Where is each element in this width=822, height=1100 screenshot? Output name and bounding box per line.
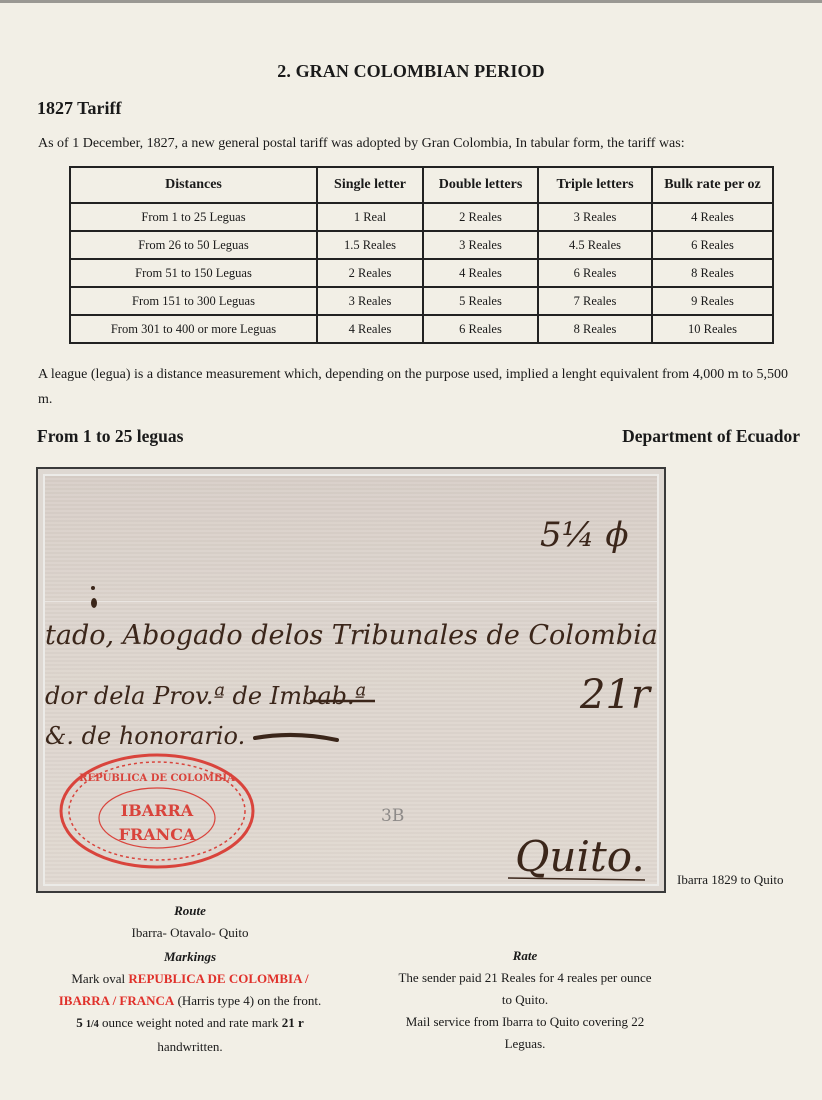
cell-single: 4 Reales — [317, 315, 423, 343]
section-title: 1827 Tariff — [37, 98, 122, 119]
intro-paragraph: As of 1 December, 1827, a new general po… — [38, 136, 685, 152]
cell-single: 3 Reales — [317, 287, 423, 315]
cell-triple: 3 Reales — [538, 203, 652, 231]
route-label: Route — [40, 900, 340, 922]
cell-distance: From 51 to 150 Leguas — [70, 259, 317, 287]
cover-letter-image: 5¼ ϕ tado, Abogado delos Tribunales de C… — [43, 474, 659, 886]
cell-distance: From 151 to 300 Leguas — [70, 287, 317, 315]
department-heading: Department of Ecuador — [622, 426, 800, 447]
cell-double: 2 Reales — [423, 203, 538, 231]
cell-double: 3 Reales — [423, 231, 538, 259]
table-row: From 51 to 150 Leguas 2 Reales 4 Reales … — [70, 259, 773, 287]
markings-prefix: Mark oval — [71, 971, 125, 986]
distance-heading: From 1 to 25 leguas — [37, 426, 183, 447]
rate-mark: 21r — [579, 672, 653, 718]
rate-line-2: to Quito. — [370, 989, 680, 1011]
markings-red-text-2: IBARRA / FRANCA — [59, 993, 175, 1008]
cell-triple: 8 Reales — [538, 315, 652, 343]
tariff-table: Distances Single letter Double letters T… — [69, 166, 774, 344]
route-block: Route Ibarra- Otavalo- Quito — [40, 900, 340, 944]
markings-weight-fraction: 1/4 — [86, 1019, 99, 1030]
cell-bulk: 8 Reales — [652, 259, 773, 287]
cell-triple: 7 Reales — [538, 287, 652, 315]
markings-harris-type: (Harris type 4) on the front. — [178, 993, 322, 1008]
cell-triple: 4.5 Reales — [538, 231, 652, 259]
rate-line-4: Leguas. — [370, 1033, 680, 1055]
rate-line-3: Mail service from Ibarra to Quito coveri… — [370, 1011, 680, 1033]
cell-distance: From 301 to 400 or more Leguas — [70, 315, 317, 343]
cell-double: 5 Reales — [423, 287, 538, 315]
route-text: Ibarra- Otavalo- Quito — [40, 922, 340, 944]
header-triple-letters: Triple letters — [538, 167, 652, 203]
rate-label: Rate — [370, 945, 680, 967]
cell-triple: 6 Reales — [538, 259, 652, 287]
address-line-3: &. de honorario. — [45, 722, 245, 750]
table-row: From 26 to 50 Leguas 1.5 Reales 3 Reales… — [70, 231, 773, 259]
page-top-border — [0, 0, 822, 3]
pencil-note: 3B — [381, 806, 404, 826]
cell-distance: From 26 to 50 Leguas — [70, 231, 317, 259]
destination: Quito. — [515, 832, 645, 881]
cell-single: 1 Real — [317, 203, 423, 231]
markings-weight-text: ounce weight noted and rate mark — [102, 1015, 279, 1030]
letter-handwriting: 5¼ ϕ tado, Abogado delos Tribunales de C… — [45, 476, 657, 884]
cell-single: 2 Reales — [317, 259, 423, 287]
rate-block: Rate The sender paid 21 Reales for 4 rea… — [370, 945, 680, 1055]
header-double-letters: Double letters — [423, 167, 538, 203]
table-row: From 151 to 300 Leguas 3 Reales 5 Reales… — [70, 287, 773, 315]
markings-block: Markings Mark oval REPUBLICA DE COLOMBIA… — [30, 946, 350, 1058]
postmark-franca: FRANCA — [119, 825, 196, 844]
address-line-2: dor dela Prov.ª de Imbab.ª — [45, 682, 366, 710]
cell-bulk: 6 Reales — [652, 231, 773, 259]
table-row: From 1 to 25 Leguas 1 Real 2 Reales 3 Re… — [70, 203, 773, 231]
markings-line-2: IBARRA / FRANCA (Harris type 4) on the f… — [30, 990, 350, 1012]
cell-single: 1.5 Reales — [317, 231, 423, 259]
page-title: 2. GRAN COLOMBIAN PERIOD — [0, 61, 822, 82]
cell-bulk: 10 Reales — [652, 315, 773, 343]
markings-line-1: Mark oval REPUBLICA DE COLOMBIA / — [30, 968, 350, 990]
markings-rate-mark: 21 r — [282, 1015, 304, 1030]
cell-bulk: 4 Reales — [652, 203, 773, 231]
league-note: A league (legua) is a distance measureme… — [38, 362, 798, 412]
markings-line-3: 5 1/4 ounce weight noted and rate mark 2… — [30, 1012, 350, 1036]
cover-image-frame: 5¼ ϕ tado, Abogado delos Tribunales de C… — [36, 467, 666, 893]
markings-weight-number: 5 — [76, 1015, 83, 1030]
cell-double: 6 Reales — [423, 315, 538, 343]
table-header-row: Distances Single letter Double letters T… — [70, 167, 773, 203]
rate-line-1: The sender paid 21 Reales for 4 reales p… — [370, 967, 680, 989]
markings-label: Markings — [30, 946, 350, 968]
markings-red-text-1: REPUBLICA DE COLOMBIA / — [128, 971, 308, 986]
header-bulk-rate: Bulk rate per oz — [652, 167, 773, 203]
markings-line-4: handwritten. — [30, 1036, 350, 1058]
header-single-letter: Single letter — [317, 167, 423, 203]
cell-double: 4 Reales — [423, 259, 538, 287]
cover-caption: Ibarra 1829 to Quito — [677, 872, 784, 888]
cell-bulk: 9 Reales — [652, 287, 773, 315]
table-row: From 301 to 400 or more Leguas 4 Reales … — [70, 315, 773, 343]
weight-notation: 5¼ ϕ — [540, 515, 629, 555]
address-line-1: tado, Abogado delos Tribunales de Colomb… — [45, 620, 657, 651]
postmark-town: IBARRA — [121, 801, 194, 820]
header-distances: Distances — [70, 167, 317, 203]
postmark-outer-text: REPUBLICA DE COLOMBIA — [79, 773, 235, 784]
cell-distance: From 1 to 25 Leguas — [70, 203, 317, 231]
